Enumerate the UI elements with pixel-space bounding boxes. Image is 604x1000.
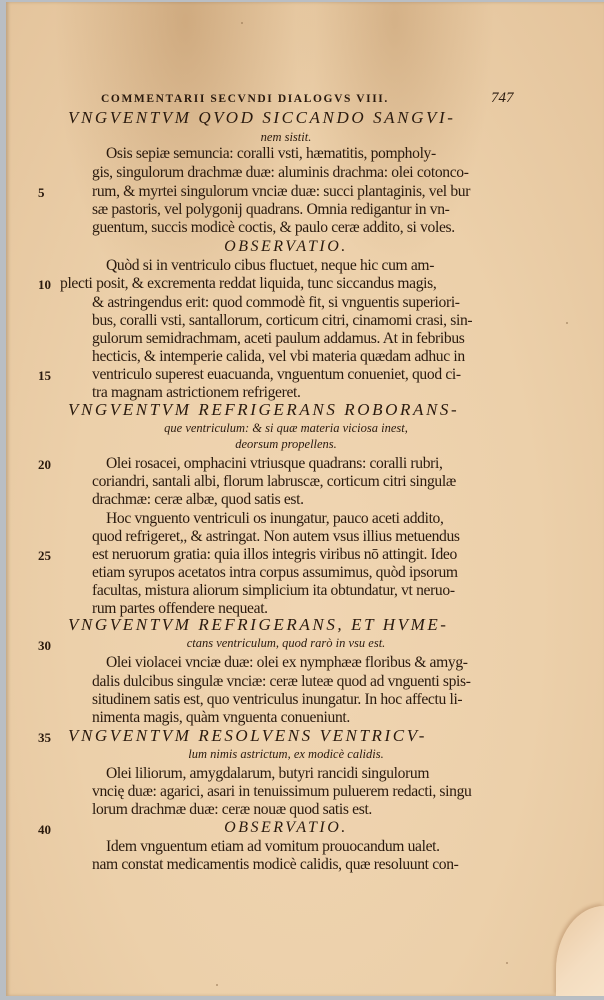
section-heading: VNGVENTVM REFRIGERANS ROBORANS- [68,400,459,420]
paper-speck [506,962,508,964]
line-number: 15 [38,368,60,384]
text-line: bus, coralli vsti, santallorum, corticum… [92,312,472,330]
text-line: plecti posit, & excrementa reddat liquid… [60,275,436,293]
line-number: 35 [38,730,60,746]
section-subheading: nem sistit. [6,130,566,145]
text-line: hecticis, & intemperie calida, vel vbi m… [92,348,465,366]
section-subheading: ctans ventriculum, quod rarò in vsu est. [6,636,566,651]
paper-speck [241,22,243,24]
text-line: lorum drachmæ duæ: ceræ nouæ quod satis … [92,801,372,819]
text-line: & astringendus erit: quod commodè fit, s… [92,294,460,312]
text-line: Hoc vnguento ventriculi os inungatur, pa… [106,510,444,528]
text-line: Idem vnguentum etiam ad vomitum prouocan… [106,838,440,856]
text-line: coriandri, santali albi, florum labruscæ… [92,473,456,491]
text-line: Osis sepiæ semuncia: coralli vsti, hæmat… [106,145,436,163]
text-line: Olei violacei vnciæ duæ: olei ex nymphææ… [106,654,468,672]
text-line: quod refrigeret,, & astringat. Non autem… [92,528,460,546]
section-subheading: deorsum propellens. [6,437,566,452]
running-head: Commentarii Secvndi Dialogvs VIII. [101,93,526,105]
text-line: Quòd si in ventriculo cibus fluctuet, ne… [106,257,434,275]
book-page: Commentarii Secvndi Dialogvs VIII. 747 V… [6,2,604,996]
text-line: facultas, mistura aliorum simplicium ita… [92,582,455,600]
text-line: drachmæ: ceræ albæ, quod satis est. [92,491,304,509]
line-number: 20 [38,457,60,473]
text-line: sæ pastoris, vel polygonij quadrans. Omn… [92,201,450,219]
section-subheading: lum nimis astrictum, ex modicè calidis. [6,747,566,762]
text-line: Olei liliorum, amygdalarum, butyri ranci… [106,765,429,783]
observatio-heading: OBSERVATIO. [6,238,566,256]
text-line: dalis dulcibus singulæ vnciæ: ceræ luteæ… [92,673,471,691]
text-line: etiam syrupos acetatos intra corpus assu… [92,564,458,582]
page-number: 747 [491,90,514,107]
line-number: 10 [38,277,60,293]
paper-speck [566,322,568,324]
text-line: situdinem satis est, quo ventriculus inu… [92,691,462,709]
text-line: nimenta magis, quàm vnguenta conueniunt. [92,709,350,727]
page-corner-fold [556,906,604,996]
text-line: guentum, succis modicè coctis, & paulo c… [92,219,455,237]
section-heading: VNGVENTVM REFRIGERANS, ET HVME- [68,615,449,635]
observatio-heading: OBSERVATIO. [6,819,566,837]
text-line: ventriculo superest euacuanda, vnguentum… [92,366,461,384]
text-line: gulorum semidrachmam, aceti paulum addam… [92,330,464,348]
section-heading: VNGVENTVM QVOD SICCANDO SANGVI- [68,108,456,128]
text-line: Olei rosacei, omphacini vtriusque quadra… [106,455,443,473]
section-heading: VNGVENTVM RESOLVENS VENTRICV- [68,726,427,746]
section-subheading: que ventriculum: & si quæ materia vicios… [6,421,566,436]
paper-speck [216,984,218,986]
text-line: rum, & myrtei singulorum vnciæ duæ: succ… [92,183,470,201]
text-line: vncię duæ: agarici, asari in tenuissimum… [92,783,471,801]
line-number: 5 [38,185,60,201]
text-line: est neruorum gratia: quia illos integris… [92,546,457,564]
text-line: nam constat medicamentis modicè calidis,… [92,856,459,874]
text-line: gis, singulorum drachmæ duæ: aluminis dr… [92,164,469,182]
line-number: 25 [38,548,60,564]
